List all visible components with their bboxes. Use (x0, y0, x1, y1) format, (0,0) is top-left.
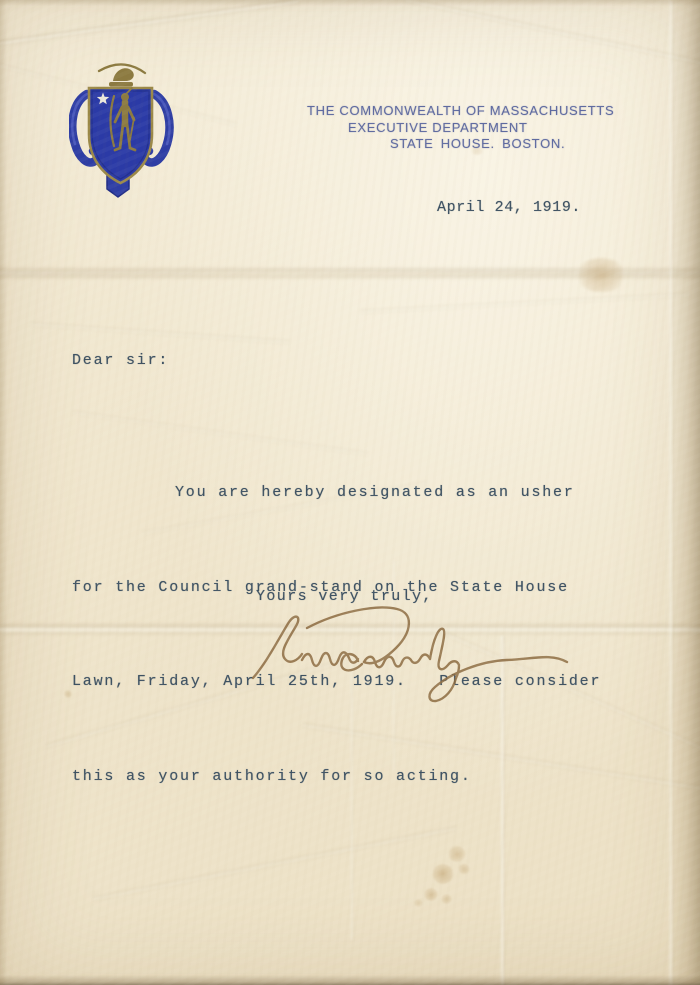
body-line: this as your authority for so acting. (72, 761, 601, 793)
crease (668, 0, 674, 985)
crease (403, 0, 700, 71)
date-line: April 24, 1919. (437, 199, 581, 216)
massachusetts-coat-of-arms-icon (69, 62, 175, 198)
stain (575, 258, 627, 292)
crease (30, 321, 290, 345)
body-line: You are hereby designated as an usher (72, 477, 601, 509)
scan-edge (670, 0, 700, 985)
stain (458, 864, 470, 874)
stain (64, 690, 72, 698)
scan-edge (0, 0, 7, 985)
signature-calvin-coolidge (245, 598, 575, 710)
letterhead-line-3: STATE HOUSE. BOSTON. (390, 136, 565, 151)
scan-edge (0, 0, 700, 6)
letterhead-line-1: THE COMMONWEALTH OF MASSACHUSETTS (307, 103, 614, 118)
stain (424, 888, 438, 901)
scan-edge (0, 975, 700, 985)
letterhead-line-2: EXECUTIVE DEPARTMENT (348, 120, 528, 135)
crease (0, 0, 299, 51)
stain (414, 899, 423, 907)
letter-scan: THE COMMONWEALTH OF MASSACHUSETTS EXECUT… (0, 0, 700, 985)
stain (441, 894, 452, 904)
crease (360, 291, 690, 314)
salutation: Dear sir: (72, 352, 169, 369)
stain (432, 864, 454, 884)
